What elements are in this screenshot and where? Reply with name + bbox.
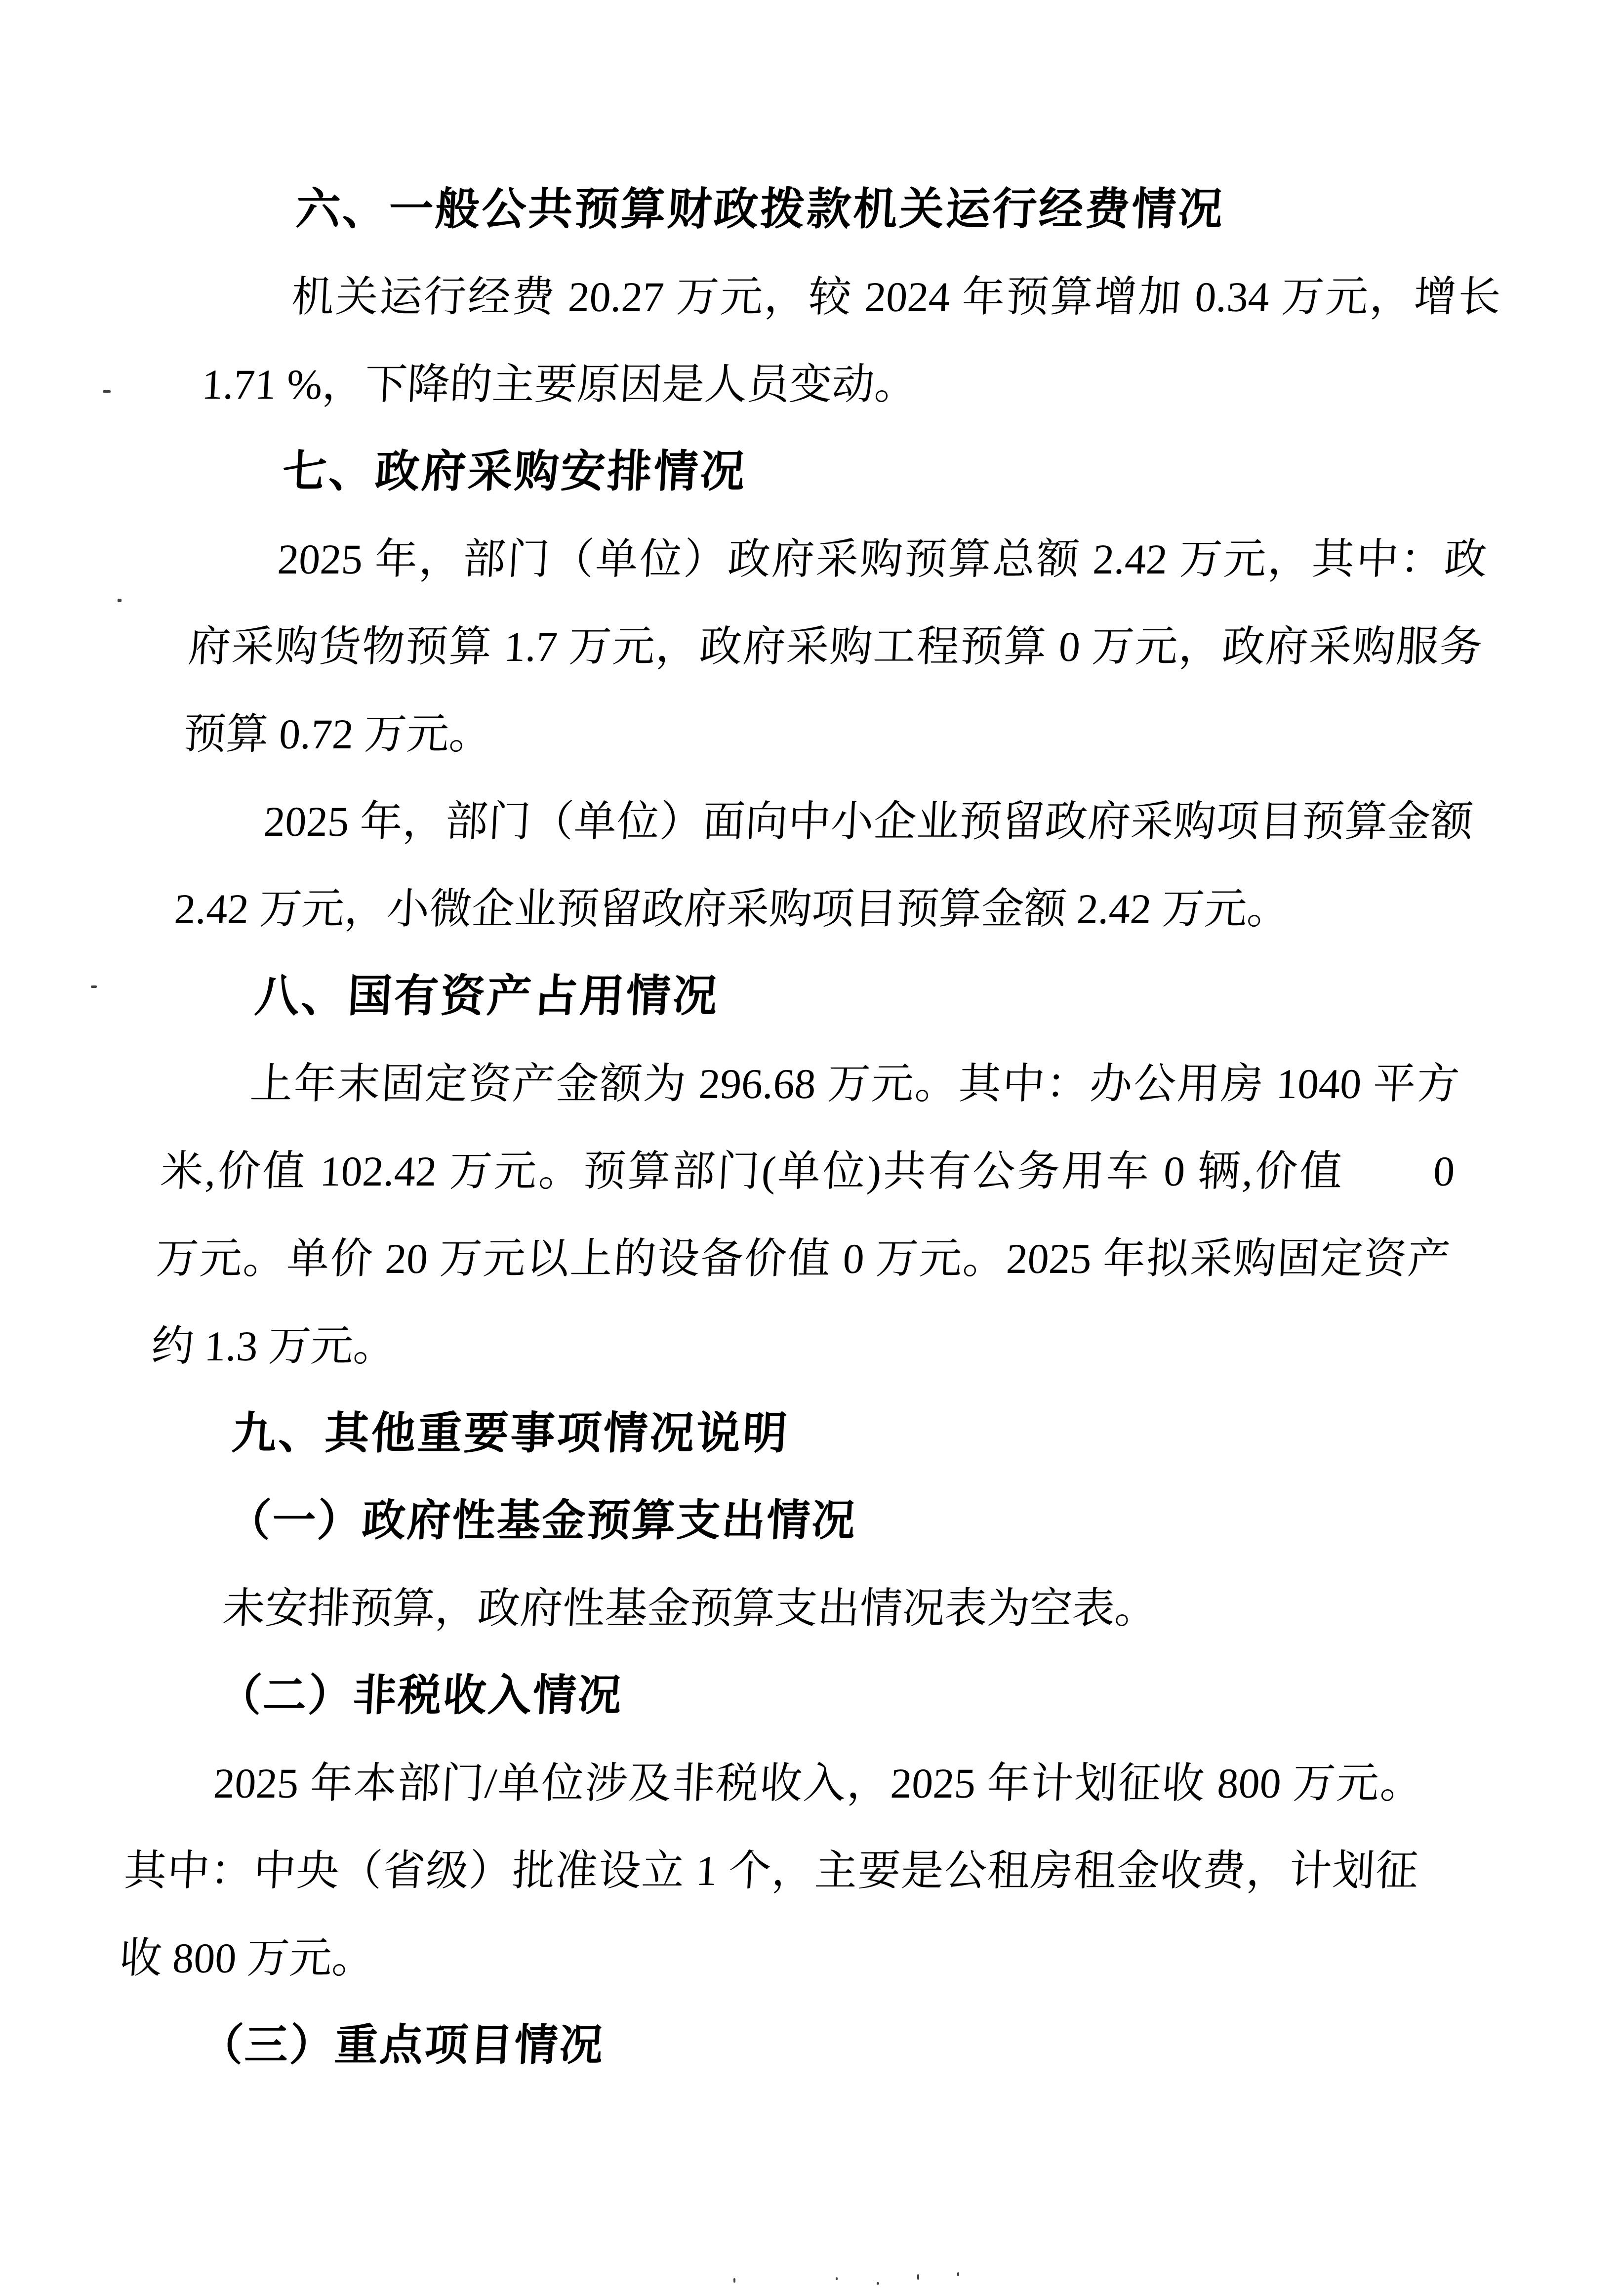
text-line: 机关运行经费 20.27 万元，较 2024 年预算增加 0.34 万元，增长 [204, 253, 1502, 341]
text-line: 2025 年本部门/单位涉及非税收入，2025 年计划征收 800 万元。 [126, 1740, 1425, 1827]
scan-speck [91, 985, 97, 988]
text-line: 预算 0.72 万元。 [181, 691, 1480, 778]
text-line: 上年末固定资产金额为 296.68 万元。其中：办公用房 1040 平方 [163, 1040, 1461, 1128]
text-line: 府采购货物预算 1.7 万元，政府采购工程预算 0 万元，政府采购服务 [186, 603, 1484, 691]
text-line: 未安排预算，政府性基金预算支出情况表为空表。 [135, 1565, 1434, 1652]
text-line: 2025 年，部门（单位）面向中小企业预留政府采购项目预算金额 [177, 778, 1475, 865]
scan-speck [917, 2274, 919, 2280]
subsection-1-heading: （一）政府性基金预算支出情况 [140, 1477, 1439, 1565]
text-line: 2.42 万元，小微企业预留政府采购项目预算金额 2.42 万元。 [172, 865, 1471, 953]
scan-speck [733, 2278, 735, 2283]
section-9-heading: 九、其他重要事项情况说明 [145, 1390, 1443, 1477]
section-8-heading: 八、国有资产占用情况 [167, 953, 1466, 1040]
text-line: 1.71 %，下降的主要原因是人员变动。 [200, 341, 1498, 428]
scan-speck [103, 390, 111, 393]
subsection-2-heading: （二）非税收入情况 [131, 1652, 1429, 1740]
scan-speck [118, 599, 121, 602]
text-line: 2025 年，部门（单位）政府采购预算总额 2.42 万元，其中：政 [191, 516, 1489, 603]
scan-speck [836, 2277, 838, 2280]
section-6-heading: 六、一般公共预算财政拨款机关运行经费情况 [209, 166, 1507, 253]
text-line: 米,价值 102.42 万元。预算部门(单位)共有公务用车 0 辆,价值 0 [159, 1128, 1457, 1215]
text-line: 万元。单价 20 万元以上的设备价值 0 万元。2025 年拟采购固定资产 [154, 1215, 1452, 1303]
text-line: 约 1.3 万元。 [149, 1303, 1448, 1390]
scan-speck [877, 2282, 879, 2285]
text-line: 其中：中央（省级）批准设立 1 个，主要是公租房租金收费，计划征 [122, 1827, 1420, 1915]
section-7-heading: 七、政府采购安排情况 [195, 428, 1494, 516]
text-line: 收 800 万元。 [117, 1915, 1416, 2002]
scan-speck [957, 2272, 959, 2276]
scanned-document-page: 六、一般公共预算财政拨款机关运行经费情况 机关运行经费 20.27 万元，较 2… [0, 0, 1620, 2296]
subsection-3-heading: （三）重点项目情况 [113, 2002, 1411, 2090]
document-content: 六、一般公共预算财政拨款机关运行经费情况 机关运行经费 20.27 万元，较 2… [113, 166, 1507, 2090]
